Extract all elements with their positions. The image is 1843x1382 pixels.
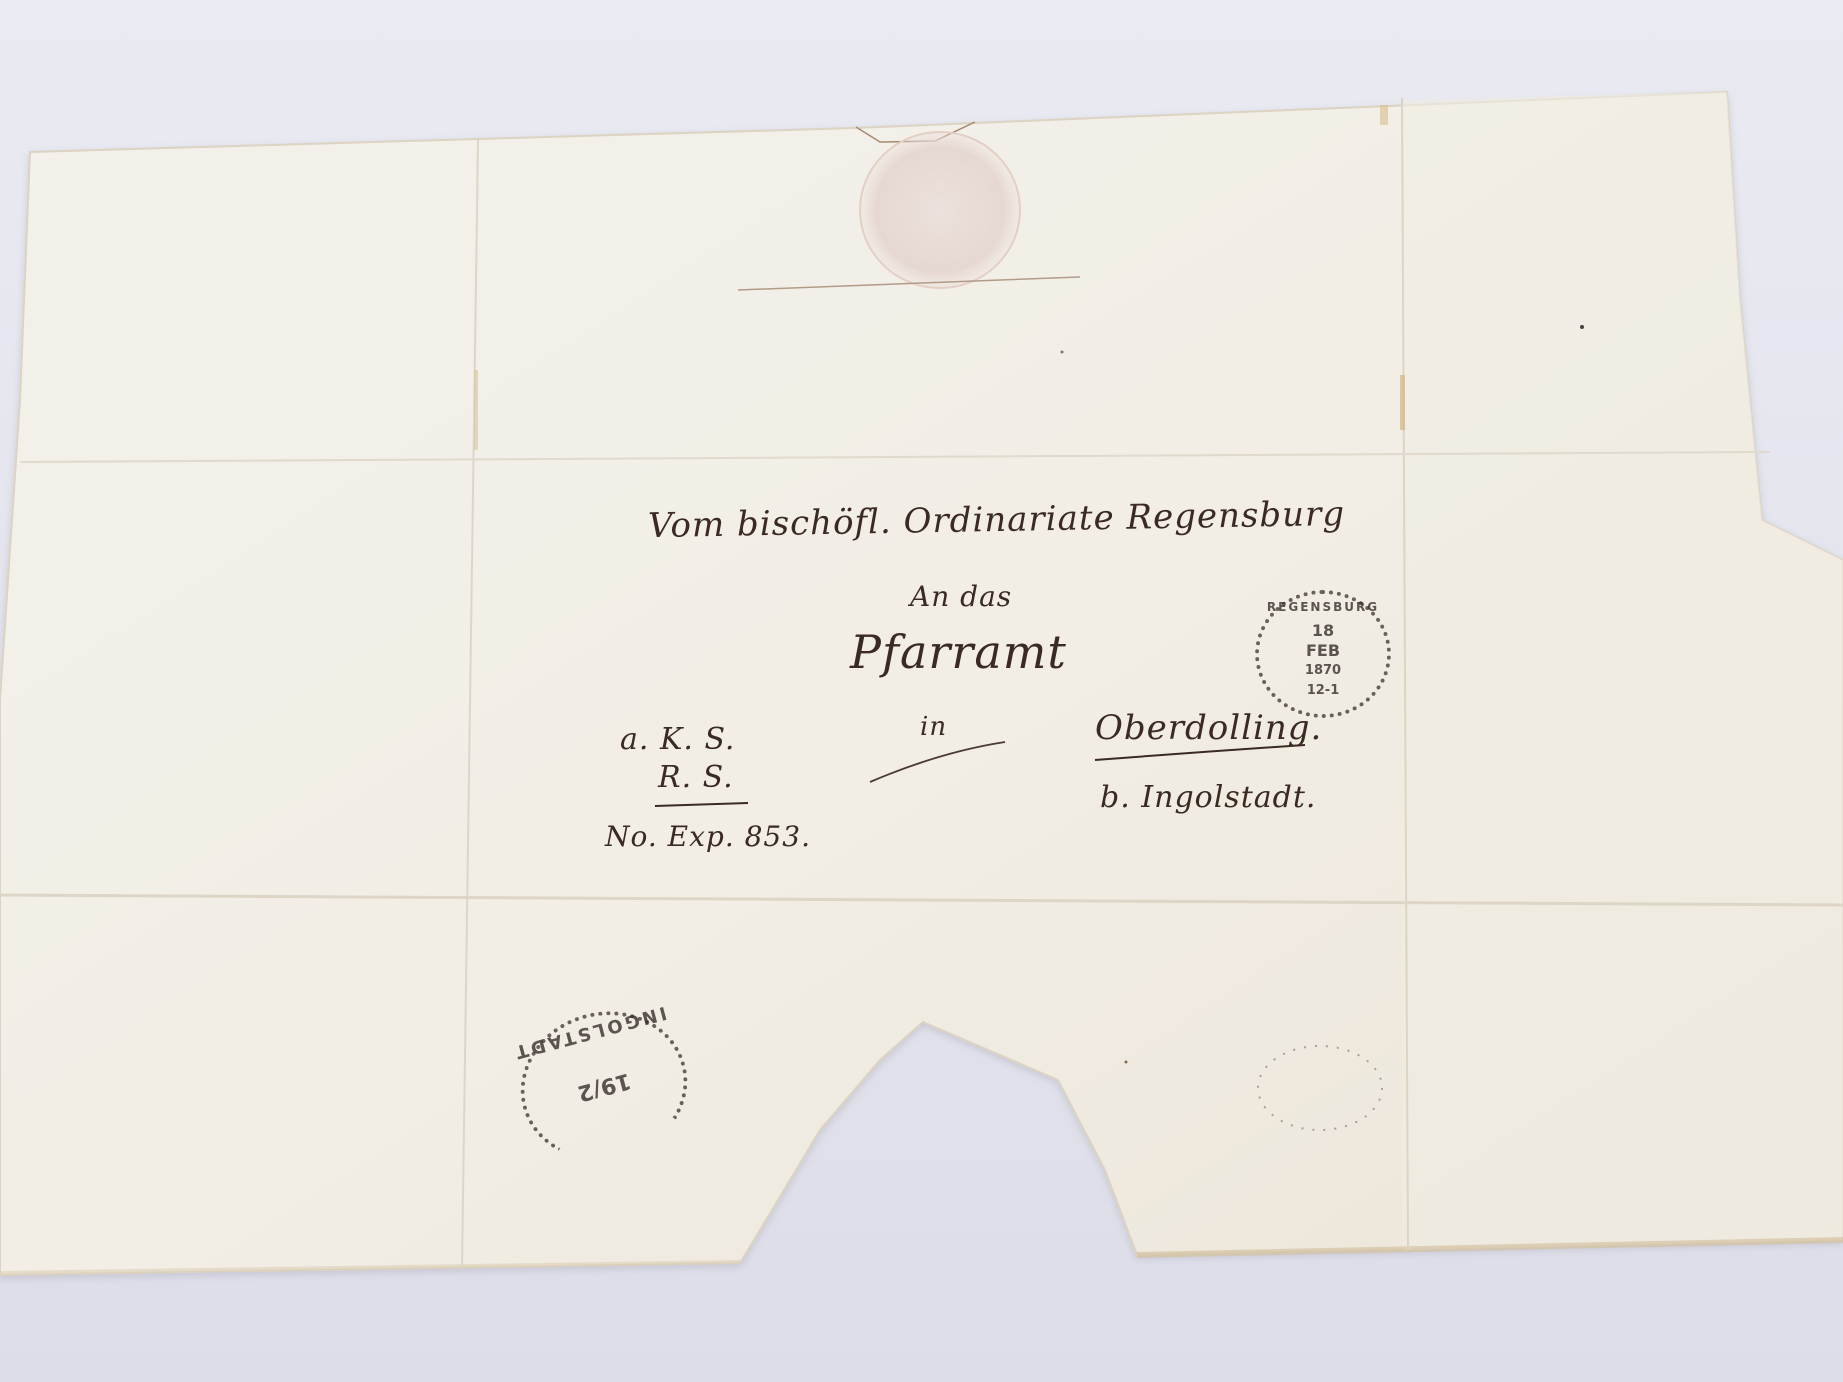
salutation: An das <box>910 580 1012 613</box>
destination-place: Oberdolling. <box>1095 708 1322 748</box>
reference-number: No. Exp. 853. <box>605 820 811 853</box>
postmark-ring-text: REGENSBURG <box>1267 600 1379 614</box>
postmark-year: 1870 <box>1305 661 1341 681</box>
preposition: in <box>920 712 947 742</box>
regensburg-postmark: REGENSBURG 18 FEB 1870 12-1 <box>1255 590 1391 718</box>
postmark-month: FEB <box>1306 641 1340 661</box>
recipient: Pfarramt <box>850 625 1067 679</box>
seal-impression <box>860 132 1020 288</box>
annotation-line2: R. S. <box>658 760 734 795</box>
postmark-time: 12-1 <box>1307 681 1340 701</box>
paper-sheet <box>0 0 1843 1382</box>
postmark-date: 19/2 <box>575 1069 632 1102</box>
destination-via: b. Ingolstadt. <box>1100 780 1316 815</box>
postmark-day: 18 <box>1312 621 1334 641</box>
letter-photo: Vom bischöfl. Ordinariate Regensburg An … <box>0 0 1843 1382</box>
right-panel <box>1402 92 1843 1250</box>
annotation-line1: a. K. S. <box>620 722 735 757</box>
